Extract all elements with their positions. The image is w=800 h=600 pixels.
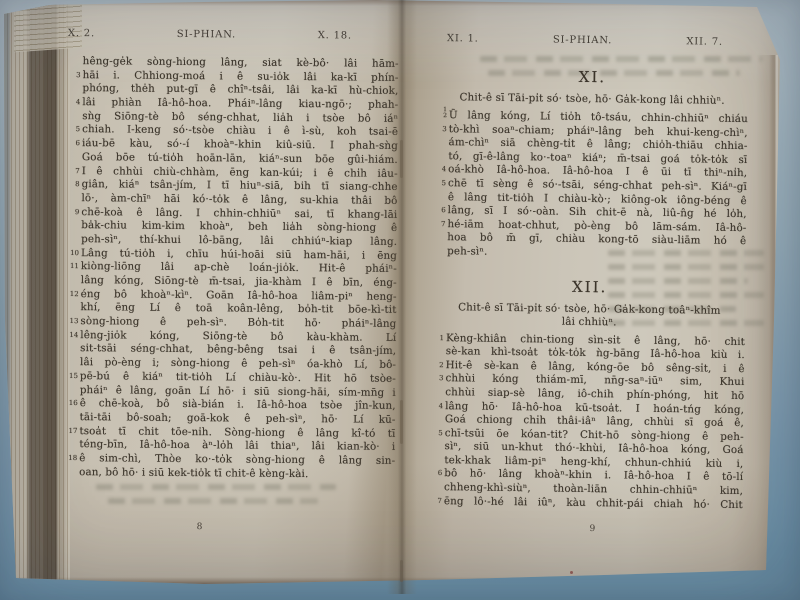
verse-text: lâng kóng, Siōng-tè m̄-tsai, jia-khàm I … bbox=[81, 274, 397, 289]
left-page-running-header: X. 2. SI-PHIAN. X. 18. bbox=[68, 28, 352, 41]
verse-text: I ê chhùi chiù-chhàm, ēng kan-kúi; i ê c… bbox=[82, 165, 398, 180]
show-through-line bbox=[108, 498, 318, 504]
verse-text: iáu-bē kàu, só·-í khoàⁿ-khin kiû-siū. I … bbox=[82, 137, 398, 152]
verse-text: hêng-ge̍k sòng-hiong lâng, siat kè-bô· l… bbox=[83, 55, 399, 70]
verse-line: peh-sìⁿ. bbox=[447, 245, 746, 263]
left-page: X. 2. SI-PHIAN. X. 18. hêng-ge̍k sòng-hi… bbox=[64, 28, 400, 482]
running-title: SI-PHIAN. bbox=[553, 35, 612, 47]
verse-number: 17 bbox=[66, 426, 77, 436]
header-verse-ref-left: XI. 1. bbox=[447, 33, 479, 44]
chapter-heading: XII. bbox=[433, 276, 747, 298]
verse-number: 6 bbox=[431, 468, 442, 478]
verse-text: ēng lô·-hé lâi iûⁿ, kàu chhit-pái chiah … bbox=[444, 495, 743, 511]
verse-text: phóng, the̍h put-gī ê chîⁿ-tsâi, lâi ka-… bbox=[82, 83, 398, 98]
verse-text: sit-tsāi séng-chhat, bêng-bêng tsai i ê … bbox=[80, 343, 396, 358]
photo-of-open-book: { "book": { "title_running_head": "SI-PH… bbox=[0, 0, 800, 600]
right-page: XI. 1. SI-PHIAN. XII. 7. XI.Chit-ê sī Tā… bbox=[430, 33, 750, 512]
verse-text: lêng-jio̍k kóng, Siōng-tè bô kàu-khàm. L… bbox=[80, 329, 396, 344]
verse-number: 3 bbox=[70, 70, 81, 80]
verse-text: sǹg Siōng-tè bô séng-chhat, lia̍h i tsòe… bbox=[82, 110, 398, 125]
verse-text: lâi phiàn Iâ-hô-hoa. Pháiⁿ-lâng kiau-ngō… bbox=[82, 96, 398, 111]
verse-text: peh-sìⁿ. bbox=[447, 245, 487, 258]
binding-stitch bbox=[400, 560, 403, 582]
verse-number: 16 bbox=[67, 398, 78, 408]
verse-number: 3 bbox=[436, 124, 447, 134]
verse-number: 5 bbox=[432, 428, 443, 438]
verse-line: oan, bô hō· i siū kek-tio̍k tī chit-ê kè… bbox=[79, 466, 395, 482]
verse-text: kiòng-liōng lâi ap-chè loán-jio̍k. Hit-ê… bbox=[81, 260, 397, 275]
verse-number: 4 bbox=[435, 164, 446, 174]
right-page-number: 9 bbox=[589, 524, 595, 534]
verse-text: Lâng tú-tio̍h i, chīu húi-hoāi siū ham-h… bbox=[81, 247, 397, 262]
verse-number: 5 bbox=[69, 124, 80, 134]
verse-number: 4 bbox=[69, 97, 80, 107]
verse-line: 7ēng lô·-hé lâi iûⁿ, kàu chhit-pái chiah… bbox=[444, 495, 743, 513]
verse-text: hāi i. Chhiong-moá i ê su-io̍k lâi ka-kī… bbox=[83, 69, 399, 84]
right-page-sections: XI.Chit-ê sī Tāi-pi̍t só· tsòe, hō· Ga̍k… bbox=[430, 66, 750, 512]
verse-number: 1 bbox=[433, 333, 444, 343]
running-title: SI-PHIAN. bbox=[177, 29, 236, 41]
verse-number: 11 bbox=[68, 261, 79, 271]
header-verse-ref-left: X. 2. bbox=[68, 28, 95, 39]
verse-number: 7 bbox=[69, 166, 80, 176]
show-through-text bbox=[96, 484, 336, 512]
verse-number: 3 bbox=[432, 373, 443, 383]
verse-number: 7 bbox=[431, 496, 442, 506]
book-gutter bbox=[387, 0, 417, 594]
open-book: X. 2. SI-PHIAN. X. 18. hêng-ge̍k sòng-hi… bbox=[4, 0, 794, 594]
verse-text: chiah. I-keng só·-tsòe chiàu i ê ì-sù, k… bbox=[82, 124, 398, 139]
right-page-running-header: XI. 1. SI-PHIAN. XII. 7. bbox=[447, 33, 723, 48]
binding-stitch bbox=[400, 400, 403, 444]
verse-text: tsoa̍t tī chit tōe-ni̍h. Sòng-hiong ê lâ… bbox=[79, 425, 395, 440]
verse-number: 6 bbox=[435, 205, 446, 215]
verse-text: giân, kiáⁿ tsân-jím, I tī hiuⁿ-siā, bih … bbox=[82, 178, 398, 193]
verse-text: Goá bōe tú-tio̍h hoān-lān, kiáⁿ-sun bōe … bbox=[82, 151, 398, 166]
page-edge-stack-left bbox=[4, 0, 70, 594]
verse-text: oan, bô hō· i siū kek-tio̍k tī chit-ê kè… bbox=[79, 466, 308, 480]
left-page-number: 8 bbox=[197, 522, 203, 532]
verse-number: 18 bbox=[66, 453, 77, 463]
left-page-text-block: hêng-ge̍k sòng-hiong lâng, siat kè-bô· l… bbox=[64, 55, 399, 482]
verse-text: sòng-hiong ê peh-sìⁿ. Bo̍h-tit hō· pháiⁿ… bbox=[80, 315, 396, 330]
verse-number: 12 bbox=[68, 289, 79, 299]
verse-text: peh-sìⁿ, thí-khui lô-bāng, lâi chhiúⁿ-ki… bbox=[81, 233, 397, 248]
verse-number: 9 bbox=[68, 207, 79, 217]
verse-text: chē-koà ê lâng. I chhin-chhiūⁿ sai, tī k… bbox=[81, 206, 397, 221]
verse-number: 8 bbox=[69, 179, 80, 189]
verse-text: pháiⁿ ê lâng, goān Lí hō· i siū siong-hā… bbox=[80, 384, 396, 399]
verse-number: 6 bbox=[69, 138, 80, 148]
header-verse-ref-right: X. 18. bbox=[318, 30, 352, 41]
verse-text: ê chē-koà, bô sià-bián i. Iâ-hô-hoa tsòe… bbox=[80, 397, 396, 412]
show-through-line bbox=[96, 484, 336, 490]
verse-text: lō·, àm-chīⁿ hāi kó·-to̍k ê lâng, su-khi… bbox=[81, 192, 397, 207]
verse-text: ê sim-chì, Thòe ko·-to̍k sòng-hiong ê lâ… bbox=[79, 452, 395, 467]
verse-text: lâi pò-èng i; sòng-hiong ê peh-sìⁿ óa-kh… bbox=[80, 356, 396, 371]
verse-text: éng bô khoàⁿ-kìⁿ. Goān Iâ-hô-hoa liâm-pi… bbox=[81, 288, 397, 303]
binding-stitch bbox=[400, 140, 403, 178]
verse-number: 12 bbox=[436, 107, 447, 120]
verse-number: 14 bbox=[67, 330, 78, 340]
verse-number: 13 bbox=[67, 316, 78, 326]
verse-number: 2 bbox=[433, 360, 444, 370]
verse-text: tāi-tāi bô-soah; goā-kok ê peh-sìⁿ, hō· … bbox=[80, 411, 396, 426]
paper-speck bbox=[570, 571, 573, 574]
chapter-heading: XI. bbox=[435, 66, 749, 88]
verse-text-block: 1Kèng-khiân chin-tiong sìn-si̍t ê lâng, … bbox=[430, 332, 745, 513]
header-verse-ref-right: XII. 7. bbox=[686, 36, 723, 47]
verse-number: 15 bbox=[67, 371, 78, 381]
verse-number: 7 bbox=[434, 219, 445, 229]
verse-text: khí, ēng Lí ê toā koân-lêng, bo̍h-tit bō… bbox=[81, 301, 397, 316]
verse-number: 10 bbox=[68, 248, 79, 258]
verse-text: ba̍k-chiu kim-kim khoàⁿ, beh lia̍h sòng-… bbox=[81, 219, 397, 234]
verse-text-block: 12Ū lâng kóng, Lí tio̍h tô-tsáu, chhin-c… bbox=[433, 109, 748, 263]
verse-number: 4 bbox=[432, 400, 443, 410]
verse-text: pē-bú ê kiáⁿ tit-tio̍h Lí chiàu-kò·. Hit… bbox=[80, 370, 396, 385]
chapter-subtitle: Chit-ê sī Tāi-pi̍t só· tsòe, hō· Ga̍k-ko… bbox=[435, 91, 749, 108]
verse-number: 5 bbox=[435, 178, 446, 188]
verse-text: téng-bīn, Iâ-hô-hoa àⁿ-lo̍h lâi thiaⁿ, l… bbox=[79, 438, 395, 453]
